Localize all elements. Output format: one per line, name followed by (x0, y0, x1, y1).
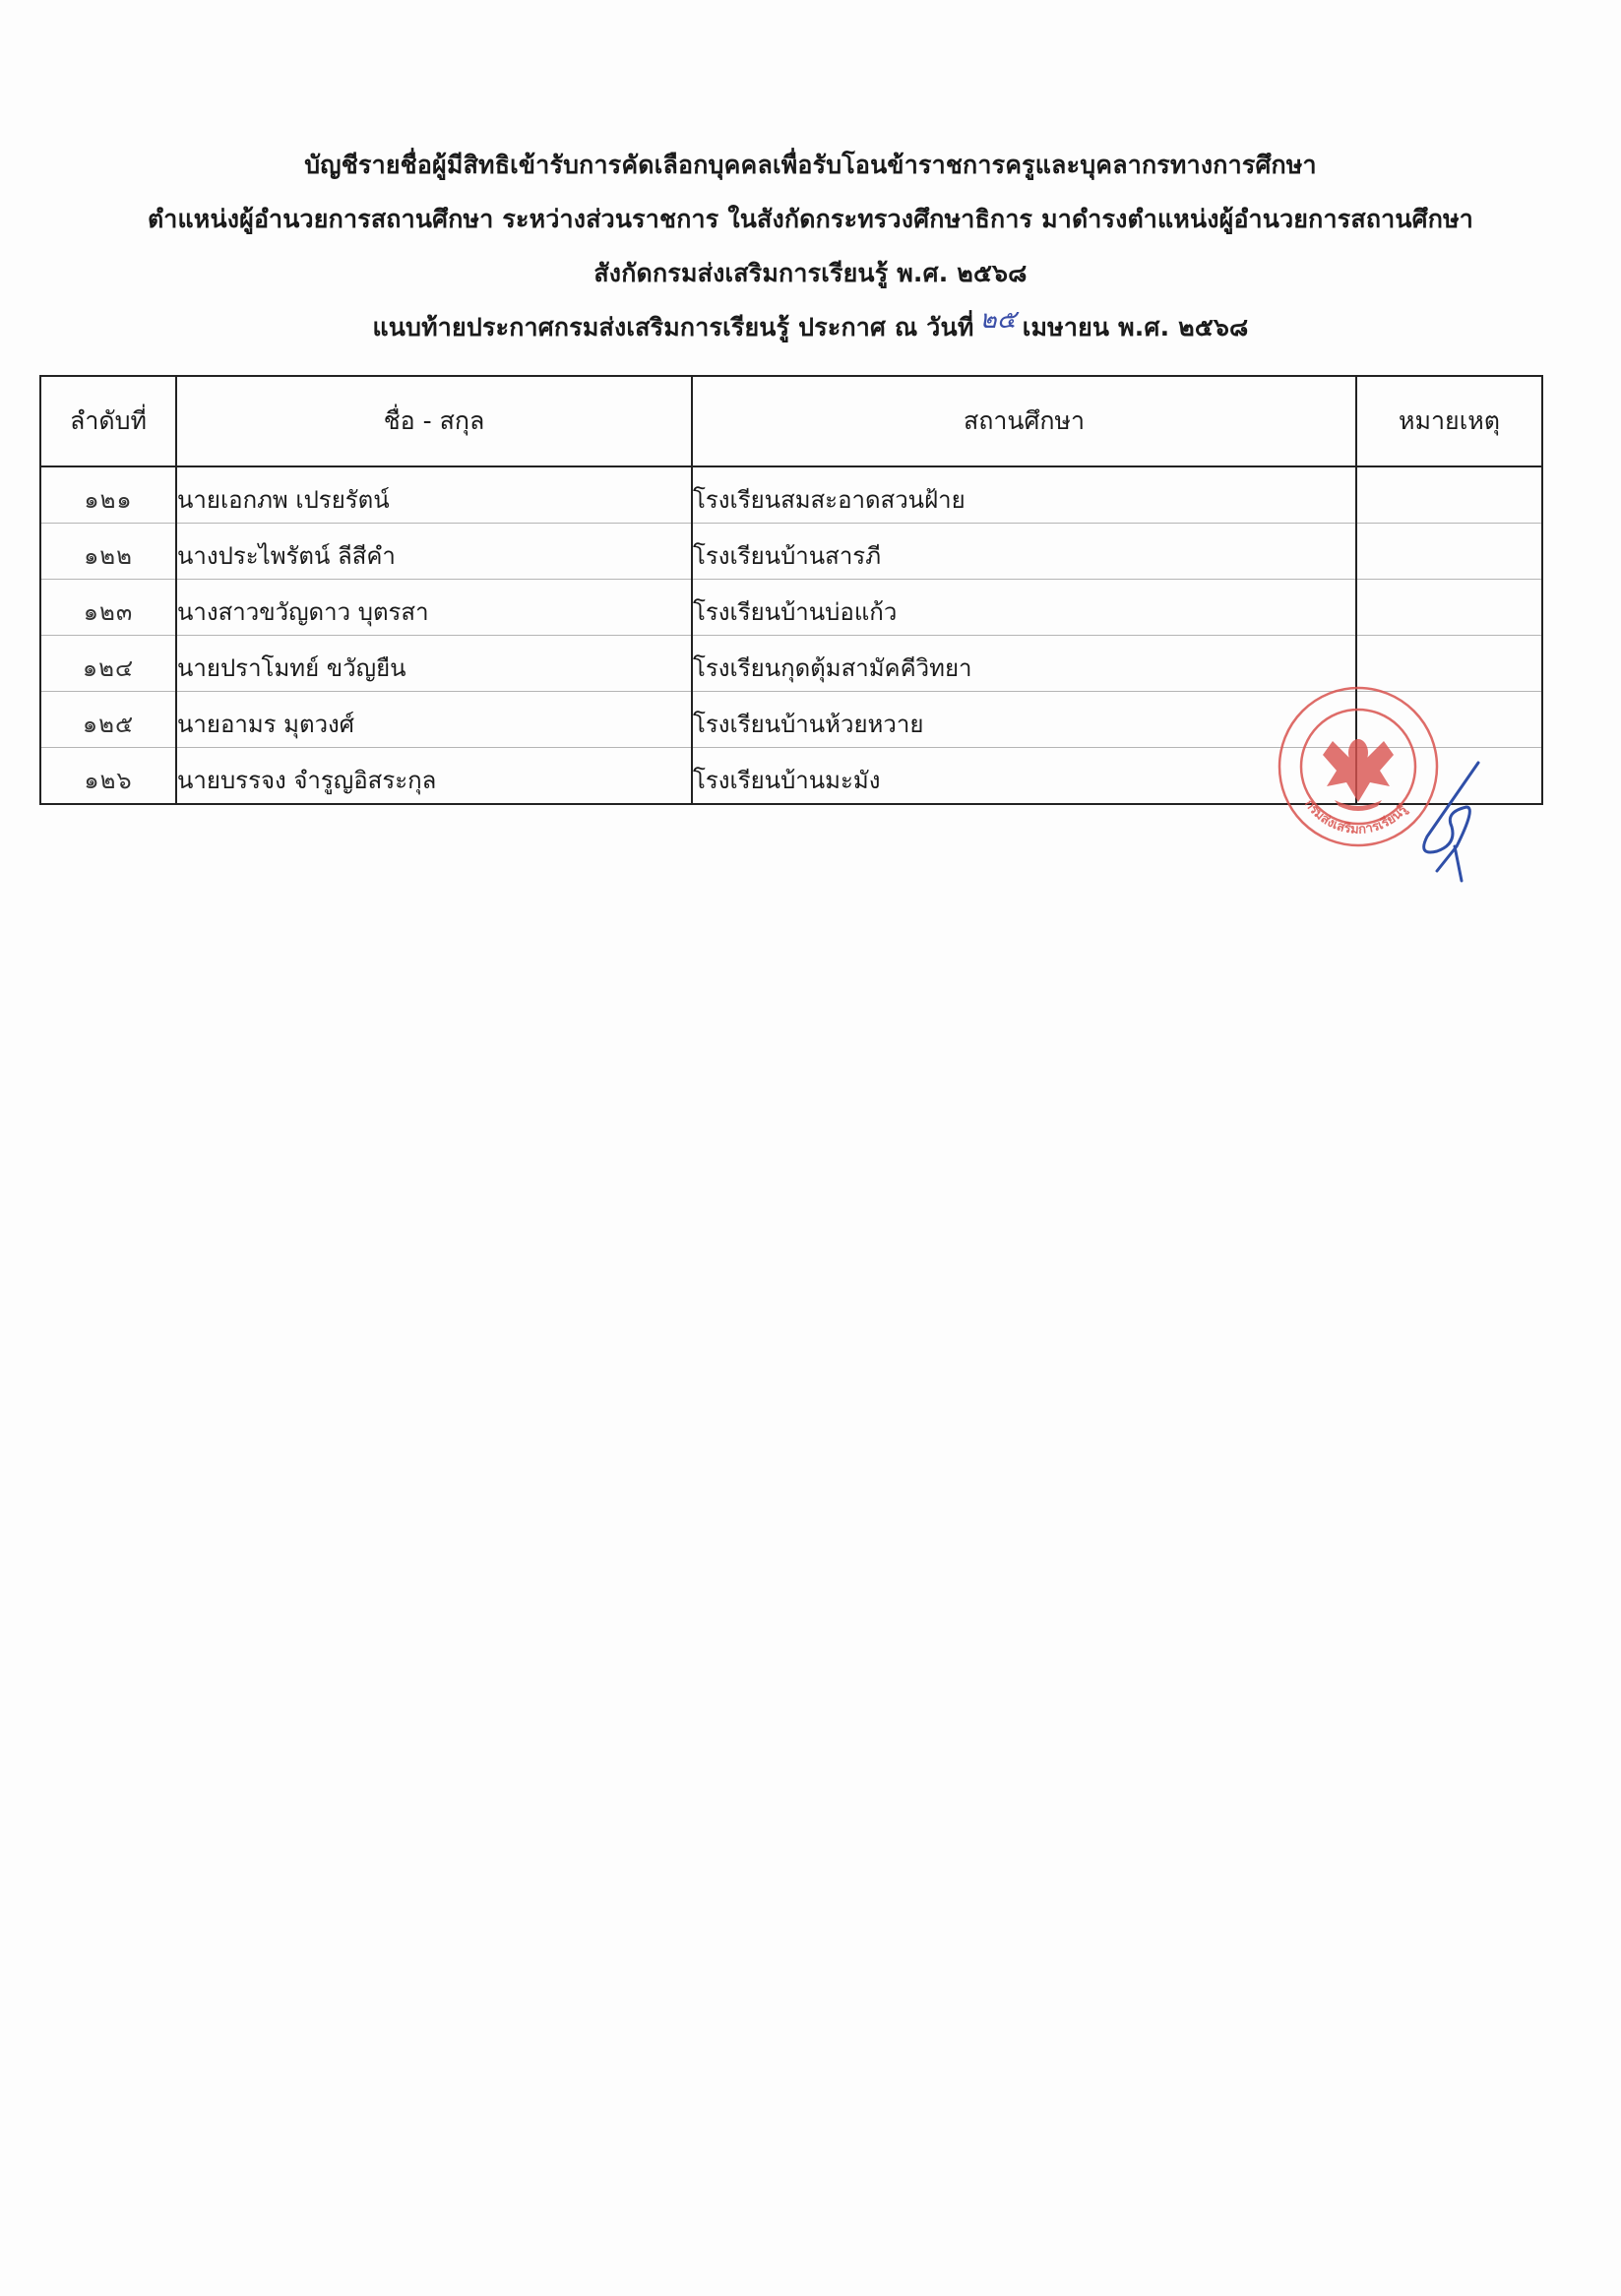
header-name: ชื่อ - สกุล (176, 376, 692, 466)
cell-name: นายบรรจง จำรูญอิสระกุล (176, 748, 692, 805)
handwritten-day: ๒๕ (980, 305, 1017, 335)
table-row: ๑๒๓ นางสาวขวัญดาว บุตรสา โรงเรียนบ้านบ่อ… (40, 580, 1542, 636)
cell-school: โรงเรียนสมสะอาดสวนฝ้าย (692, 466, 1356, 524)
cell-name: นางประไพรัตน์ ลีสีคำ (176, 524, 692, 580)
cell-school: โรงเรียนบ้านสารภี (692, 524, 1356, 580)
cell-note (1356, 580, 1542, 636)
cell-order: ๑๒๖ (40, 748, 176, 805)
cell-school: โรงเรียนบ้านบ่อแก้ว (692, 580, 1356, 636)
table-header-row: ลำดับที่ ชื่อ - สกุล สถานศึกษา หมายเหตุ (40, 376, 1542, 466)
annex-prefix: แนบท้ายประกาศกรมส่งเสริมการเรียนรู้ ประก… (372, 313, 973, 341)
annex-line: แนบท้ายประกาศกรมส่งเสริมการเรียนรู้ ประก… (0, 300, 1621, 354)
header-order: ลำดับที่ (40, 376, 176, 466)
cell-order: ๑๒๕ (40, 692, 176, 748)
svg-text:กรมส่งเสริมการเรียนรู้: กรมส่งเสริมการเรียนรู้ (1301, 797, 1410, 838)
cell-order: ๑๒๑ (40, 466, 176, 524)
signature-icon (1398, 758, 1496, 886)
header-school: สถานศึกษา (692, 376, 1356, 466)
header-note: หมายเหตุ (1356, 376, 1542, 466)
table-row: ๑๒๑ นายเอกภพ เปรยรัตน์ โรงเรียนสมสะอาดสว… (40, 466, 1542, 524)
cell-order: ๑๒๔ (40, 636, 176, 692)
document-title: บัญชีรายชื่อผู้มีสิทธิเข้ารับการคัดเลือก… (0, 138, 1621, 354)
cell-note (1356, 524, 1542, 580)
cell-order: ๑๒๒ (40, 524, 176, 580)
cell-school: โรงเรียนบ้านมะมัง (692, 748, 1356, 805)
cell-note (1356, 466, 1542, 524)
cell-school: โรงเรียนบ้านห้วยหวาย (692, 692, 1356, 748)
cell-order: ๑๒๓ (40, 580, 176, 636)
table-row: ๑๒๔ นายปราโมทย์ ขวัญยืน โรงเรียนกุดตุ้มส… (40, 636, 1542, 692)
cell-name: นายเอกภพ เปรยรัตน์ (176, 466, 692, 524)
seal-text: กรมส่งเสริมการเรียนรู้ (1301, 797, 1410, 838)
title-line-3: สังกัดกรมส่งเสริมการเรียนรู้ พ.ศ. ๒๕๖๘ (0, 246, 1621, 300)
title-line-1: บัญชีรายชื่อผู้มีสิทธิเข้ารับการคัดเลือก… (0, 138, 1621, 192)
cell-note (1356, 636, 1542, 692)
cell-school: โรงเรียนกุดตุ้มสามัคคีวิทยา (692, 636, 1356, 692)
table-row: ๑๒๒ นางประไพรัตน์ ลีสีคำ โรงเรียนบ้านสาร… (40, 524, 1542, 580)
cell-name: นายปราโมทย์ ขวัญยืน (176, 636, 692, 692)
annex-suffix: เมษายน พ.ศ. ๒๕๖๘ (1023, 313, 1249, 341)
cell-name: นางสาวขวัญดาว บุตรสา (176, 580, 692, 636)
title-line-2: ตำแหน่งผู้อำนวยการสถานศึกษา ระหว่างส่วนร… (0, 192, 1621, 246)
cell-name: นายอามร มุตวงศ์ (176, 692, 692, 748)
